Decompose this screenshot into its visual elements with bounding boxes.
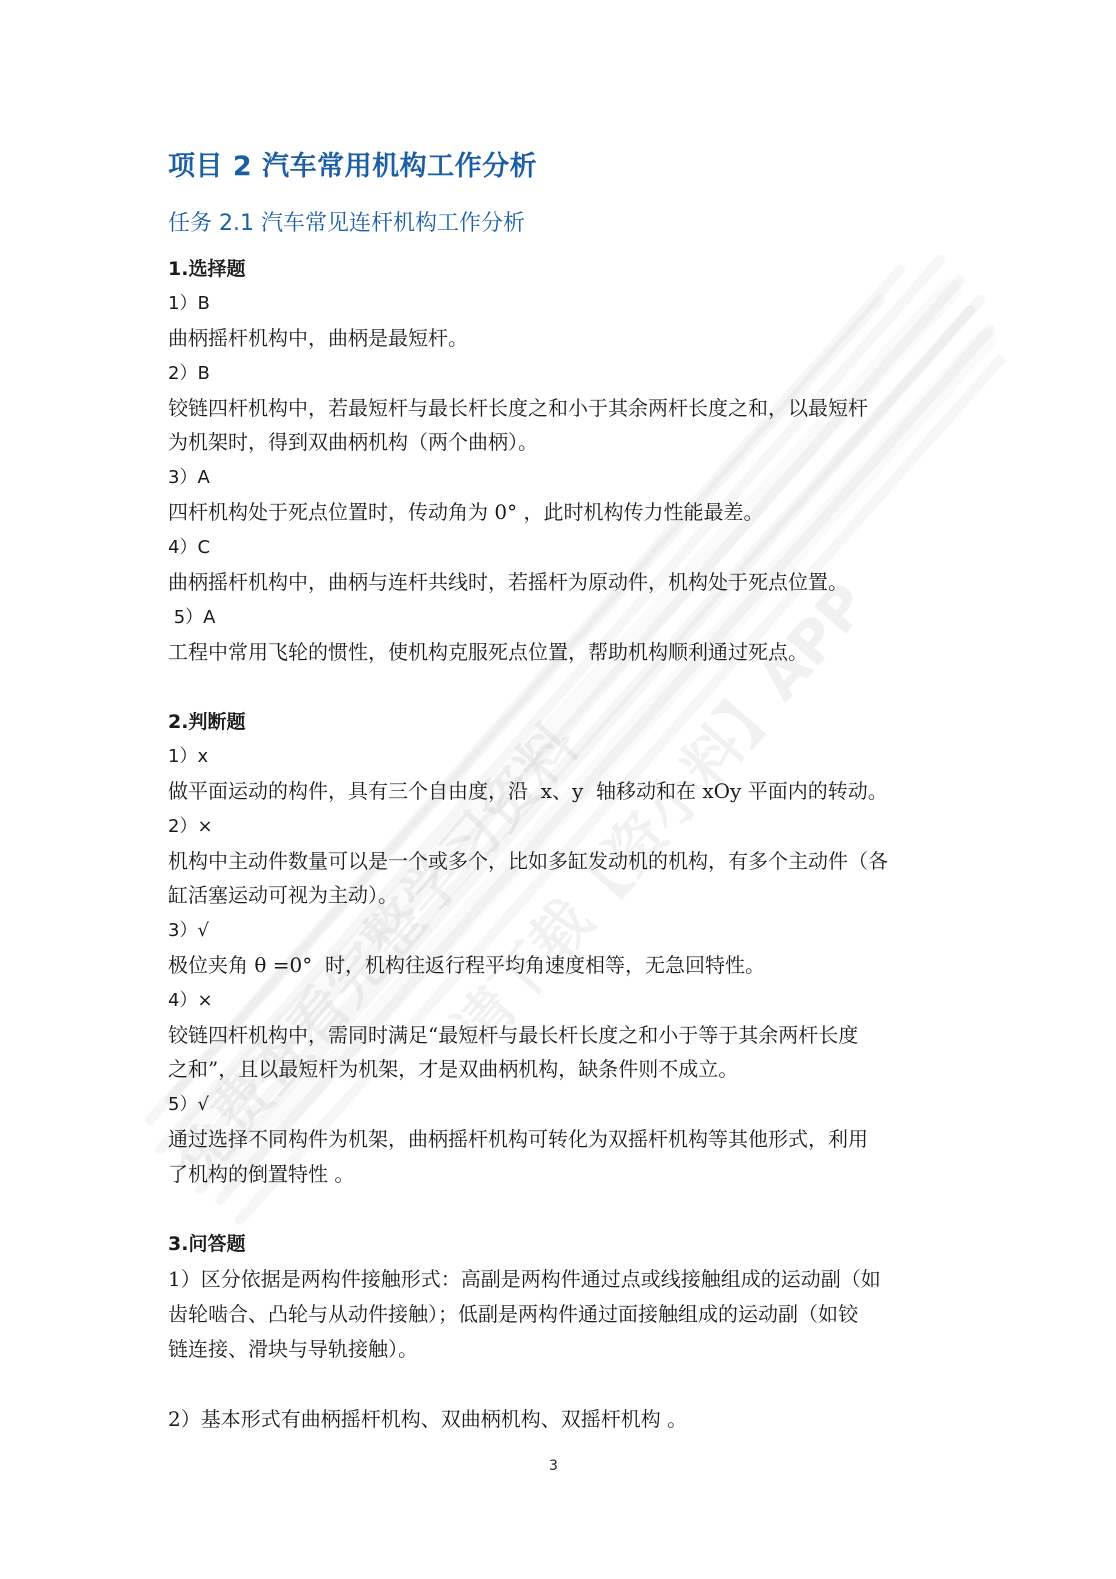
item-explanation-line: 通过选择不同构件为机架，曲柄摇杆机构可转化为双摇杆机构等其他形式，利用 (168, 1122, 868, 1156)
item-label: 1）B (168, 287, 210, 321)
item-label: 5）A (168, 601, 216, 635)
answer-line: 齿轮啮合、凸轮与从动件接触）；低副是两构件通过面接触组成的运动副（如铰 (168, 1297, 858, 1331)
item-label: 5）√ (168, 1088, 209, 1122)
section-title-qa: 3.问答题 (168, 1227, 245, 1261)
item-explanation-line: 缸活塞运动可视为主动）。 (168, 878, 398, 912)
item-label: 1）x (168, 740, 208, 774)
item-explanation: 曲柄摇杆机构中，曲柄是最短杆。 (168, 321, 468, 355)
item-explanation-line: 了机构的倒置特性 。 (168, 1157, 354, 1191)
item-explanation: 四杆机构处于死点位置时，传动角为 0° ，此时机构传力性能最差。 (168, 495, 763, 529)
item-label: 4）× (168, 984, 213, 1018)
project-title: 项目 2 汽车常用机构工作分析 (168, 144, 537, 183)
item-label: 3）A (168, 461, 210, 495)
section-title-choice: 1.选择题 (168, 252, 245, 286)
item-explanation-line: 铰链四杆机构中，需同时满足“最短杆与最长杆长度之和小于等于其余两杆长度 (168, 1018, 858, 1052)
item-label: 3）√ (168, 914, 209, 948)
item-explanation-line: 铰链四杆机构中，若最短杆与最长杆长度之和小于其余两杆长度之和，以最短杆 (168, 391, 868, 425)
document-page: 免费查看完整学习资料 请下载【资小料】APP 项目 2 汽车常用机构工作分析 任… (0, 0, 1116, 1579)
item-explanation: 极位夹角 θ =0° 时，机构往返行程平均角速度相等，无急回特性。 (168, 948, 765, 982)
item-explanation-line: 为机架时，得到双曲柄机构（两个曲柄）。 (168, 425, 538, 459)
page-number: 3 (549, 1458, 558, 1474)
item-label: 4）C (168, 531, 210, 565)
item-explanation: 曲柄摇杆机构中，曲柄与连杆共线时，若摇杆为原动件，机构处于死点位置。 (168, 565, 848, 599)
item-explanation-line: 机构中主动件数量可以是一个或多个，比如多缸发动机的机构，有多个主动件（各 (168, 844, 888, 878)
item-label: 2）B (168, 357, 210, 391)
item-explanation: 工程中常用飞轮的惯性，使机构克服死点位置，帮助机构顺利通过死点。 (168, 635, 808, 669)
section-title-true-false: 2.判断题 (168, 705, 245, 739)
answer-line: 2）基本形式有曲柄摇杆机构、双曲柄机构、双摇杆机构 。 (168, 1402, 687, 1436)
item-label: 2）× (168, 810, 213, 844)
answer-line: 链连接、滑块与导轨接触）。 (168, 1332, 418, 1366)
task-title: 任务 2.1 汽车常见连杆机构工作分析 (168, 206, 525, 237)
answer-line: 1）区分依据是两构件接触形式：高副是两构件通过点或线接触组成的运动副（如 (168, 1262, 881, 1296)
item-explanation: 做平面运动的构件，具有三个自由度，沿 x、y 轴移动和在 xOy 平面内的转动。 (168, 774, 888, 808)
item-explanation-line: 之和”，且以最短杆为机架，才是双曲柄机构，缺条件则不成立。 (168, 1052, 738, 1086)
